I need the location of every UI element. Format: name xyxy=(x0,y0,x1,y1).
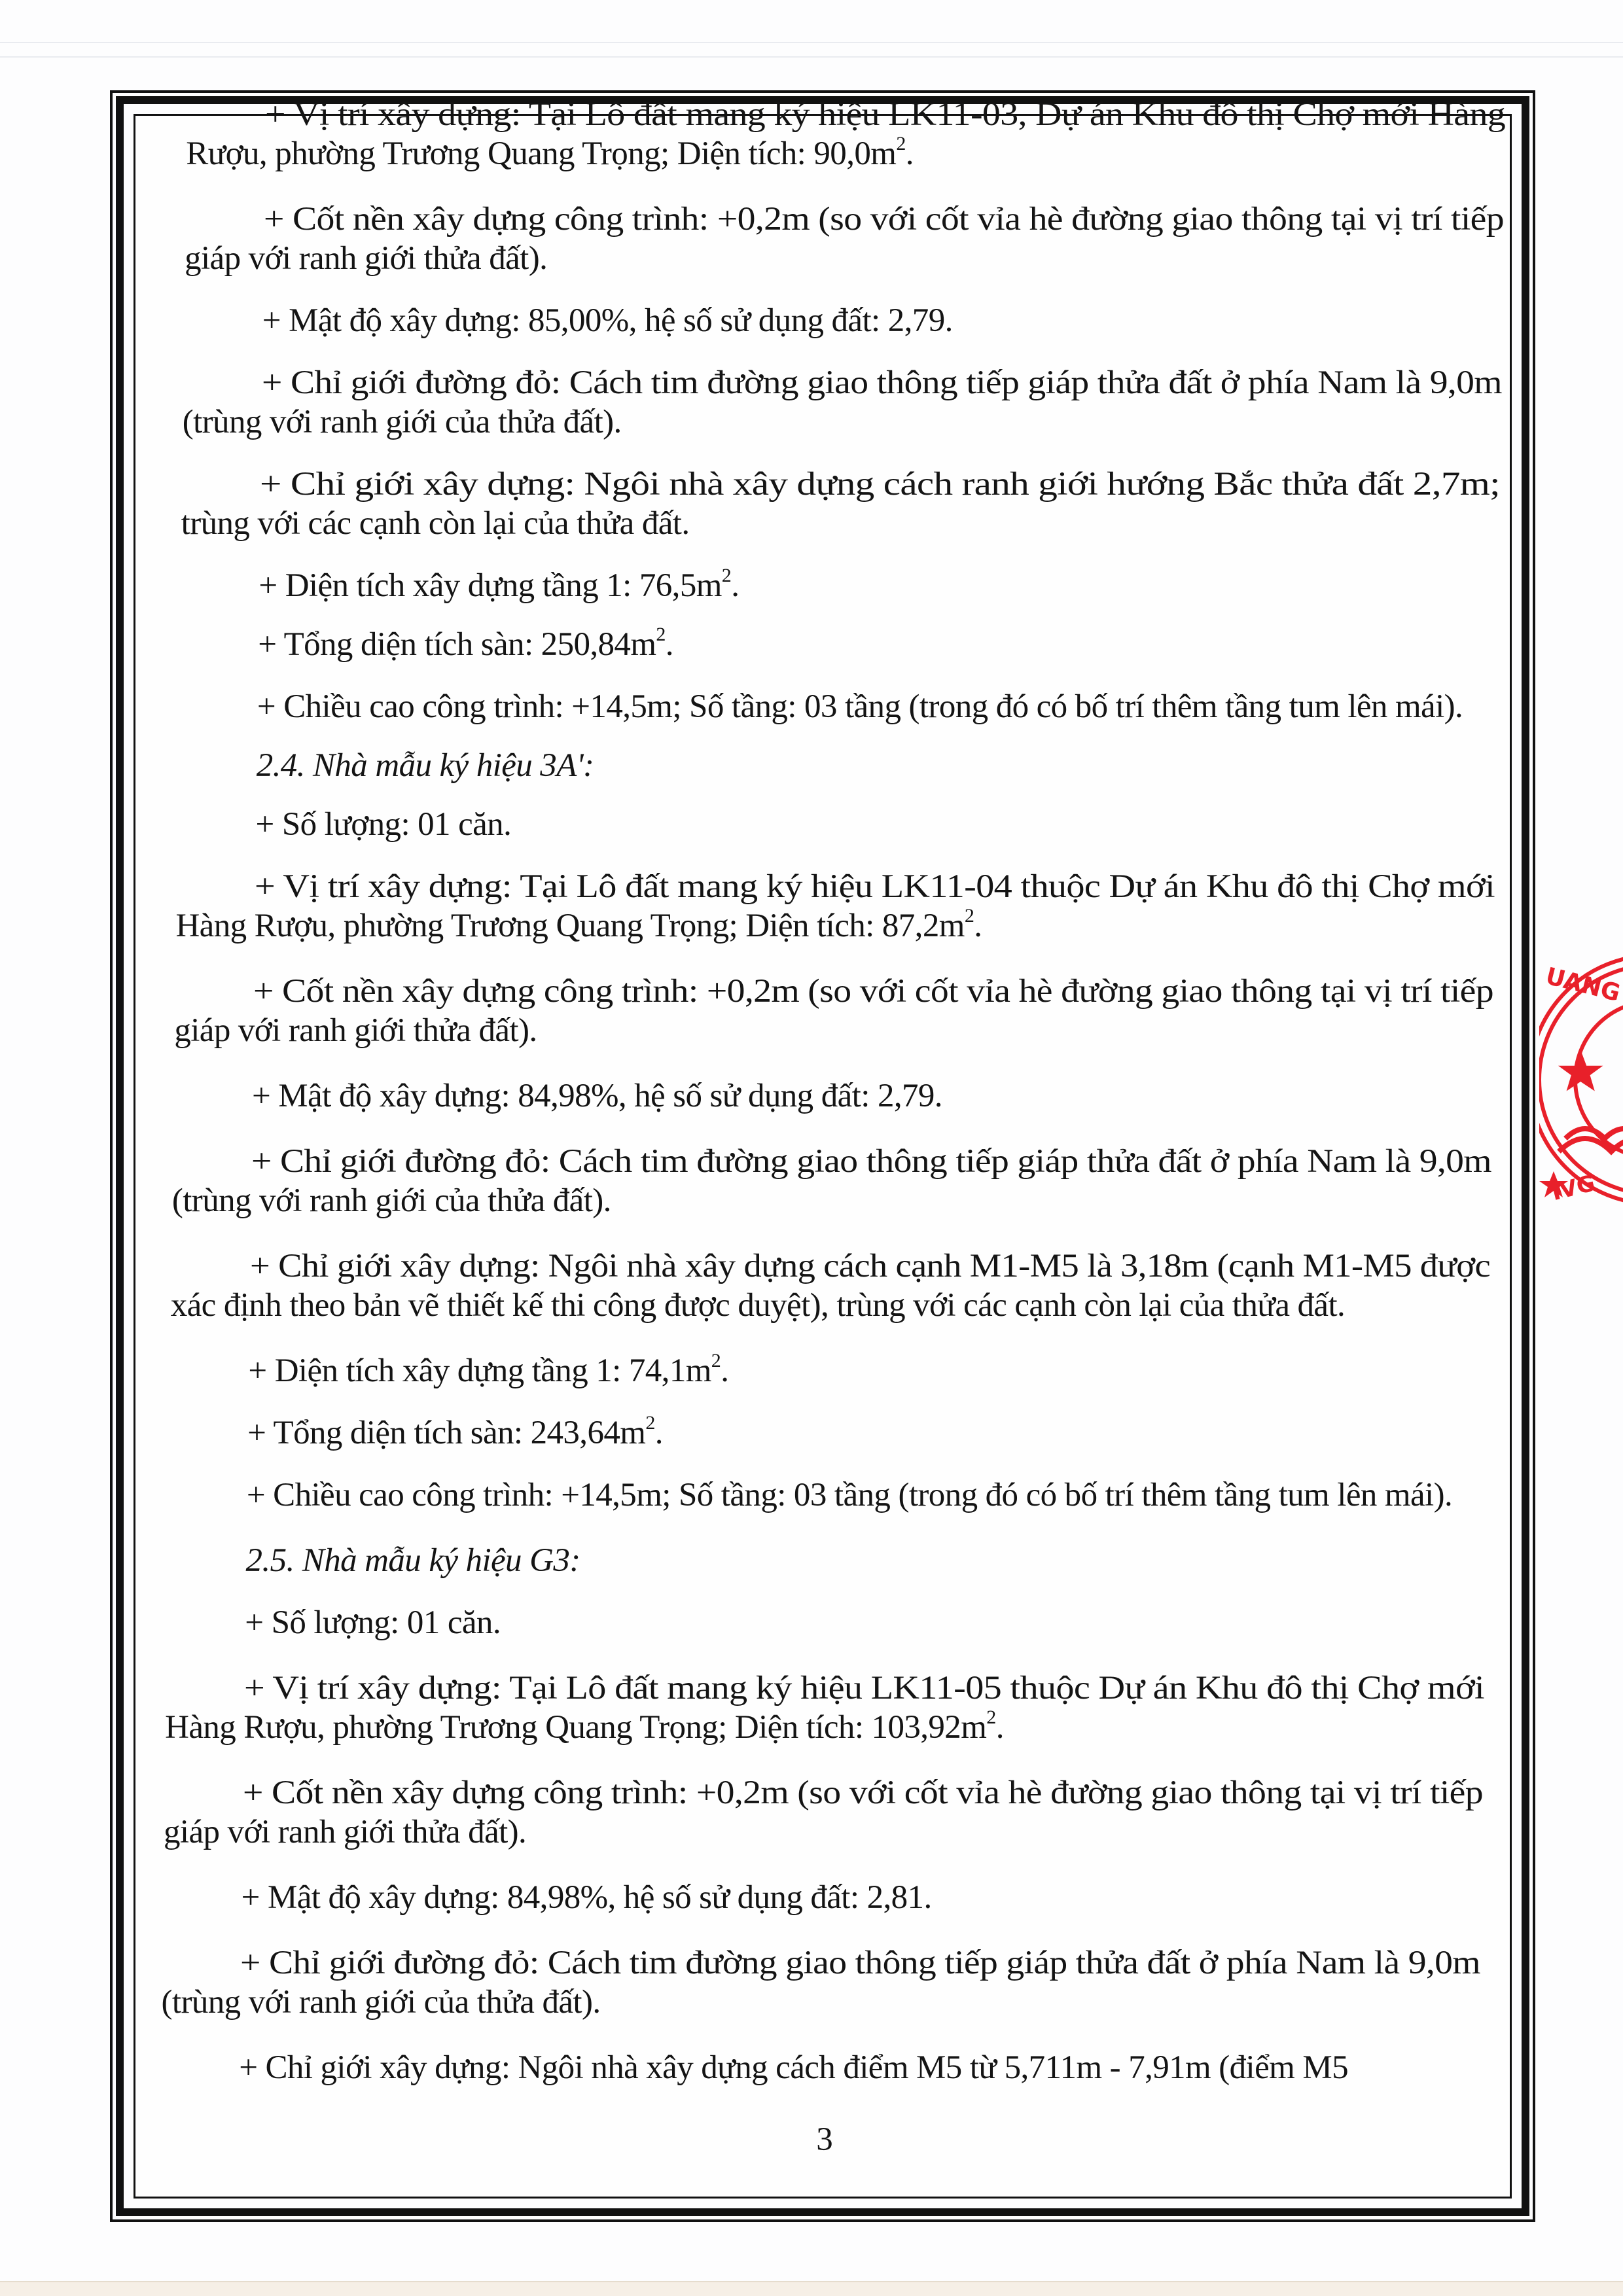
line-text: + Chiều cao công trình: +14,5m; Số tầng:… xyxy=(247,1477,1452,1513)
paragraph-line: + Chỉ giới đường đỏ: Cách tim đường giao… xyxy=(251,1142,1491,1181)
paragraph-line: + Cốt nền xây dựng công trình: +0,2m (so… xyxy=(253,972,1493,1011)
paragraph-line: + Số lượng: 01 căn. xyxy=(245,1603,501,1642)
section-heading: 2.4. Nhà mẫu ký hiệu 3A': xyxy=(257,746,594,785)
line-text: + Vị trí xây dựng: Tại Lô đất mang ký hi… xyxy=(265,96,1505,133)
paragraph-line: + Chỉ giới xây dựng: Ngôi nhà xây dựng c… xyxy=(260,465,1500,504)
paragraph-line: + Diện tích xây dựng tầng 1: 74,1m2. xyxy=(248,1351,728,1390)
line-tail: . xyxy=(996,1709,1004,1746)
line-text: + Số lượng: 01 căn. xyxy=(256,806,512,843)
seal-icon: UANG IVG xyxy=(1539,942,1623,1217)
line-text: Rượu, phường Trương Quang Trọng; Diện tí… xyxy=(186,135,896,172)
page-number: 3 xyxy=(811,2120,838,2159)
line-text: + Mật độ xây dựng: 85,00%, hệ số sử dụng… xyxy=(262,302,953,339)
paragraph-line: + Chiều cao công trình: +14,5m; Số tầng:… xyxy=(247,1475,1452,1515)
line-text: + Chỉ giới xây dựng: Ngôi nhà xây dựng c… xyxy=(239,2049,1348,2086)
paragraph-line: + Mật độ xây dựng: 84,98%, hệ số sử dụng… xyxy=(241,1878,932,1917)
line-text: + Chỉ giới đường đỏ: Cách tim đường giao… xyxy=(240,1945,1480,1981)
line-text: xác định theo bản vẽ thiết kế thi công đ… xyxy=(171,1287,1345,1324)
paragraph-line: + Vị trí xây dựng: Tại Lô đất mang ký hi… xyxy=(265,95,1505,134)
line-tail: . xyxy=(666,626,673,663)
line-text: + Diện tích xây dựng tầng 1: 74,1m xyxy=(248,1352,711,1389)
superscript: 2 xyxy=(711,1350,721,1371)
superscript: 2 xyxy=(965,905,974,927)
line-text: giáp với ranh giới thửa đất). xyxy=(185,240,547,277)
paragraph-line: Rượu, phường Trương Quang Trọng; Diện tí… xyxy=(186,134,914,173)
line-text: + Chỉ giới xây dựng: Ngôi nhà xây dựng c… xyxy=(250,1248,1490,1284)
paragraph-line: + Cốt nền xây dựng công trình: +0,2m (so… xyxy=(243,1773,1483,1812)
line-text: 2.5. Nhà mẫu ký hiệu G3: xyxy=(246,1542,580,1579)
superscript: 2 xyxy=(896,133,905,154)
line-text: Hàng Rượu, phường Trương Quang Trọng; Di… xyxy=(175,908,964,944)
superscript: 2 xyxy=(645,1412,654,1434)
paragraph-line: + Chỉ giới đường đỏ: Cách tim đường giao… xyxy=(262,363,1502,402)
paragraph-line: + Tổng diện tích sàn: 243,64m2. xyxy=(247,1413,663,1453)
paragraph-line: + Diện tích xây dựng tầng 1: 76,5m2. xyxy=(259,566,739,605)
line-text: (trùng với ranh giới của thửa đất). xyxy=(162,1984,601,2021)
paragraph-line: giáp với ranh giới thửa đất). xyxy=(164,1812,526,1852)
svg-text:UANG: UANG xyxy=(1543,963,1623,1007)
line-text: giáp với ranh giới thửa đất). xyxy=(164,1814,526,1850)
scan-artifact-line xyxy=(0,56,1623,58)
superscript: 2 xyxy=(722,565,731,586)
scan-artifact-line xyxy=(0,42,1623,43)
line-text: (trùng với ranh giới của thửa đất). xyxy=(172,1182,611,1219)
red-official-seal-stamp: UANG IVG xyxy=(1539,942,1623,1217)
scanner-bed-edge xyxy=(0,2281,1623,2296)
line-text: + Vị trí xây dựng: Tại Lô đất mang ký hi… xyxy=(255,868,1495,905)
line-tail: . xyxy=(655,1415,663,1451)
paragraph-line: + Vị trí xây dựng: Tại Lô đất mang ký hi… xyxy=(255,867,1495,906)
paragraph-line: + Tổng diện tích sàn: 250,84m2. xyxy=(258,625,673,664)
paragraph-line: giáp với ranh giới thửa đất). xyxy=(174,1011,537,1050)
superscript: 2 xyxy=(656,624,665,645)
paragraph-line: + Vị trí xây dựng: Tại Lô đất mang ký hi… xyxy=(244,1669,1484,1708)
paragraph-line: (trùng với ranh giới của thửa đất). xyxy=(172,1181,611,1220)
line-tail: . xyxy=(906,135,914,172)
line-text: Hàng Rượu, phường Trương Quang Trọng; Di… xyxy=(165,1709,986,1746)
line-text: + Diện tích xây dựng tầng 1: 76,5m xyxy=(259,567,721,604)
paragraph-line: + Chỉ giới đường đỏ: Cách tim đường giao… xyxy=(240,1943,1480,1983)
paragraph-line: (trùng với ranh giới của thửa đất). xyxy=(162,1983,601,2022)
line-text: + Cốt nền xây dựng công trình: +0,2m (so… xyxy=(264,201,1504,238)
line-text: trùng với các cạnh còn lại của thửa đất. xyxy=(181,505,690,542)
line-text: + Tổng diện tích sàn: 250,84m xyxy=(258,626,656,663)
superscript: 2 xyxy=(986,1706,995,1728)
line-text: + Cốt nền xây dựng công trình: +0,2m (so… xyxy=(243,1775,1483,1811)
paragraph-line: + Mật độ xây dựng: 85,00%, hệ số sử dụng… xyxy=(262,301,953,340)
line-text: + Số lượng: 01 căn. xyxy=(245,1604,501,1641)
section-heading: 2.5. Nhà mẫu ký hiệu G3: xyxy=(246,1541,580,1580)
line-text: + Chỉ giới xây dựng: Ngôi nhà xây dựng c… xyxy=(260,466,1500,503)
line-text: + Mật độ xây dựng: 84,98%, hệ số sử dụng… xyxy=(252,1078,942,1114)
line-text: giáp với ranh giới thửa đất). xyxy=(174,1012,537,1049)
paragraph-line: + Chiều cao công trình: +14,5m; Số tầng:… xyxy=(257,687,1463,726)
line-text: + Mật độ xây dựng: 84,98%, hệ số sử dụng… xyxy=(241,1879,932,1916)
line-text: 2.4. Nhà mẫu ký hiệu 3A': xyxy=(257,747,594,784)
line-text: (trùng với ranh giới của thửa đất). xyxy=(183,404,622,440)
line-text: + Chiều cao công trình: +14,5m; Số tầng:… xyxy=(257,688,1463,725)
paragraph-line: + Mật độ xây dựng: 84,98%, hệ số sử dụng… xyxy=(252,1076,942,1116)
paragraph-line: Hàng Rượu, phường Trương Quang Trọng; Di… xyxy=(175,906,982,945)
paragraph-line: giáp với ranh giới thửa đất). xyxy=(185,239,547,278)
paragraph-line: + Số lượng: 01 căn. xyxy=(256,805,512,844)
line-tail: . xyxy=(731,567,739,604)
line-tail: . xyxy=(974,908,982,944)
line-text: + Chỉ giới đường đỏ: Cách tim đường giao… xyxy=(262,364,1502,401)
line-text: + Vị trí xây dựng: Tại Lô đất mang ký hi… xyxy=(244,1670,1484,1706)
line-text: + Chỉ giới đường đỏ: Cách tim đường giao… xyxy=(251,1143,1491,1180)
line-text: + Tổng diện tích sàn: 243,64m xyxy=(247,1415,645,1451)
line-tail: . xyxy=(721,1352,728,1389)
paragraph-line: trùng với các cạnh còn lại của thửa đất. xyxy=(181,504,690,543)
paragraph-line: + Chỉ giới xây dựng: Ngôi nhà xây dựng c… xyxy=(239,2048,1348,2087)
line-text: + Cốt nền xây dựng công trình: +0,2m (so… xyxy=(253,973,1493,1010)
paragraph-line: + Chỉ giới xây dựng: Ngôi nhà xây dựng c… xyxy=(250,1246,1490,1286)
paragraph-line: (trùng với ranh giới của thửa đất). xyxy=(183,402,622,442)
paragraph-line: Hàng Rượu, phường Trương Quang Trọng; Di… xyxy=(165,1708,1004,1747)
paragraph-line: + Cốt nền xây dựng công trình: +0,2m (so… xyxy=(264,200,1504,239)
paragraph-line: xác định theo bản vẽ thiết kế thi công đ… xyxy=(171,1286,1345,1325)
